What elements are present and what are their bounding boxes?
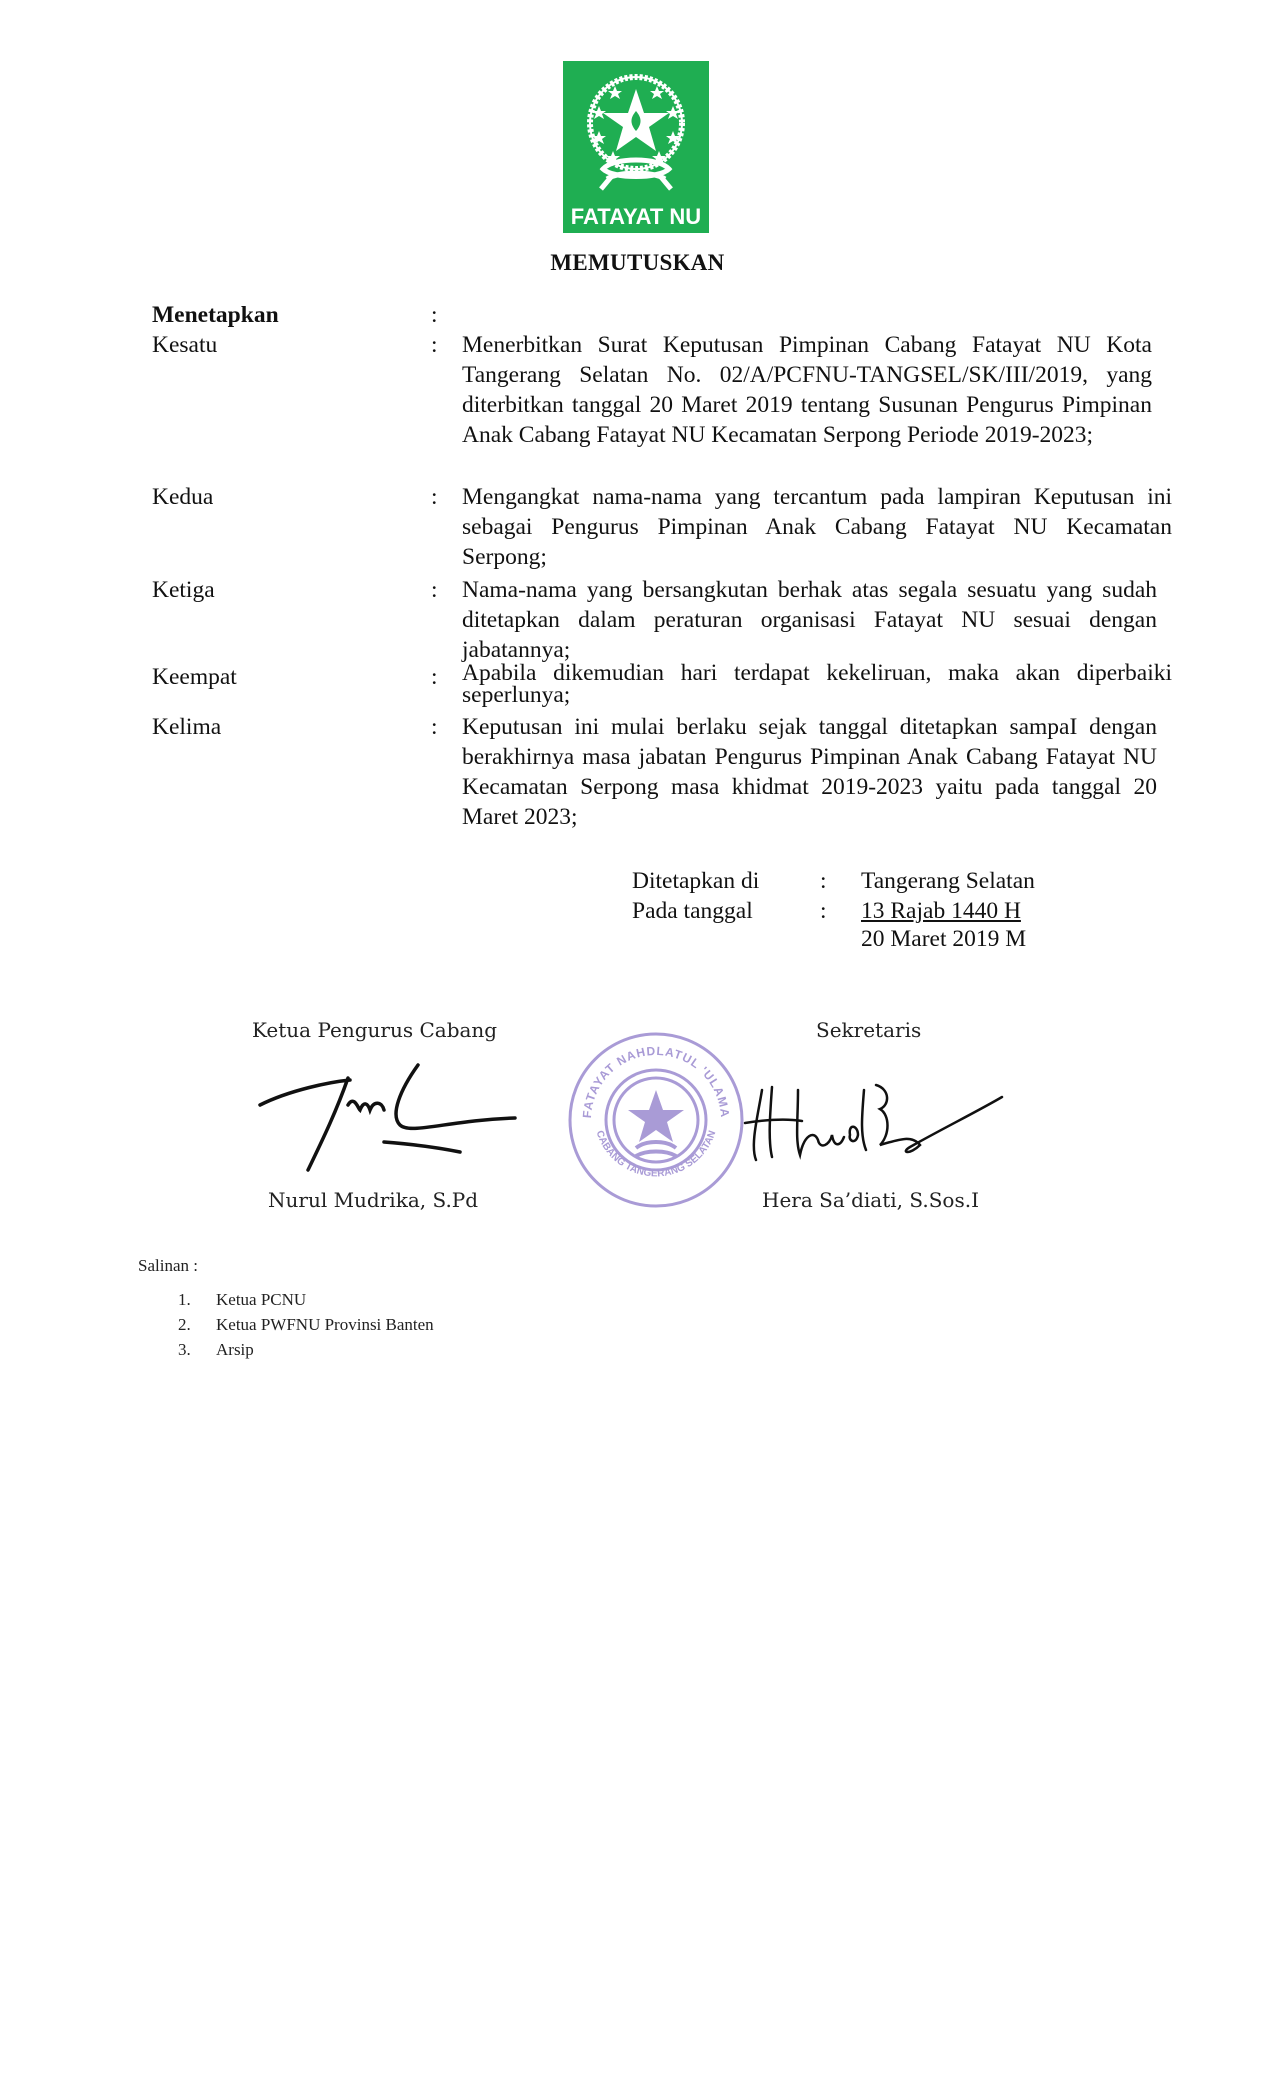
list-item-number: 2. [178, 1315, 191, 1335]
left-signatory-name: Nurul Mudrika, S.Pd [268, 1188, 478, 1212]
list-item-text: Ketua PCNU [216, 1290, 306, 1310]
left-signatory-role: Ketua Pengurus Cabang [252, 1018, 497, 1042]
decree-item-text: Nama-nama yang bersangkutan berhak atas … [462, 575, 1157, 665]
list-item: 3. Arsip [178, 1340, 198, 1365]
right-signature-icon [740, 1075, 1010, 1175]
list-item-number: 3. [178, 1340, 191, 1360]
decree-item-label: Kedua [152, 482, 213, 512]
enactment-block: Ditetapkan di : Tangerang Selatan Pada t… [632, 866, 1132, 966]
left-signature-icon [250, 1060, 530, 1180]
place-value: Tangerang Selatan [861, 866, 1035, 896]
colon: : [431, 300, 438, 330]
list-item-number: 1. [178, 1290, 191, 1310]
document-title: MEMUTUSKAN [0, 250, 1275, 276]
date-hijri: 13 Rajab 1440 H [861, 896, 1021, 926]
decree-item-text: Keputusan ini mulai berlaku sejak tangga… [462, 712, 1157, 832]
list-item-text: Ketua PWFNU Provinsi Banten [216, 1315, 434, 1335]
decree-heading-label: Menetapkan [152, 300, 279, 330]
date-label: Pada tanggal [632, 896, 753, 926]
fatayat-nu-logo: FATAYAT NU [563, 61, 709, 233]
decree-item-text: Apabila dikemudian hari terdapat kekelir… [462, 662, 1172, 706]
svg-text:CABANG TANGERANG SELATAN: CABANG TANGERANG SELATAN [594, 1129, 719, 1179]
colon: : [820, 896, 827, 926]
colon: : [431, 662, 438, 692]
decree-item-text: Menerbitkan Surat Keputusan Pimpinan Cab… [462, 330, 1152, 450]
decree-item-label: Keempat [152, 662, 237, 692]
colon: : [431, 330, 438, 360]
colon: : [431, 482, 438, 512]
decree-item-label: Kesatu [152, 330, 217, 360]
logo-emblem-icon: FATAYAT NU [563, 61, 709, 233]
copies-section: Salinan : 1. Ketua PCNU 2. Ketua PWFNU P… [138, 1256, 198, 1365]
organization-stamp-icon: FATAYAT NAHDLATUL 'ULAMA CABANG TANGERAN… [566, 1030, 746, 1210]
list-item: 1. Ketua PCNU [178, 1290, 198, 1315]
list-item-text: Arsip [216, 1340, 254, 1360]
svg-text:FATAYAT NU: FATAYAT NU [571, 204, 701, 229]
right-signatory-name: Hera Sa’diati, S.Sos.I [762, 1188, 979, 1212]
decree-item-label: Ketiga [152, 575, 215, 605]
colon: : [431, 712, 438, 742]
colon: : [820, 866, 827, 896]
copies-label: Salinan : [138, 1256, 198, 1276]
list-item: 2. Ketua PWFNU Provinsi Banten [178, 1315, 198, 1340]
decree-item-label: Kelima [152, 712, 221, 742]
copies-list: 1. Ketua PCNU 2. Ketua PWFNU Provinsi Ba… [178, 1290, 198, 1365]
place-label: Ditetapkan di [632, 866, 759, 896]
decree-item-text: Mengangkat nama-nama yang tercantum pada… [462, 482, 1172, 572]
colon: : [431, 575, 438, 605]
date-gregorian: 20 Maret 2019 M [861, 924, 1026, 954]
right-signatory-role: Sekretaris [816, 1018, 921, 1042]
